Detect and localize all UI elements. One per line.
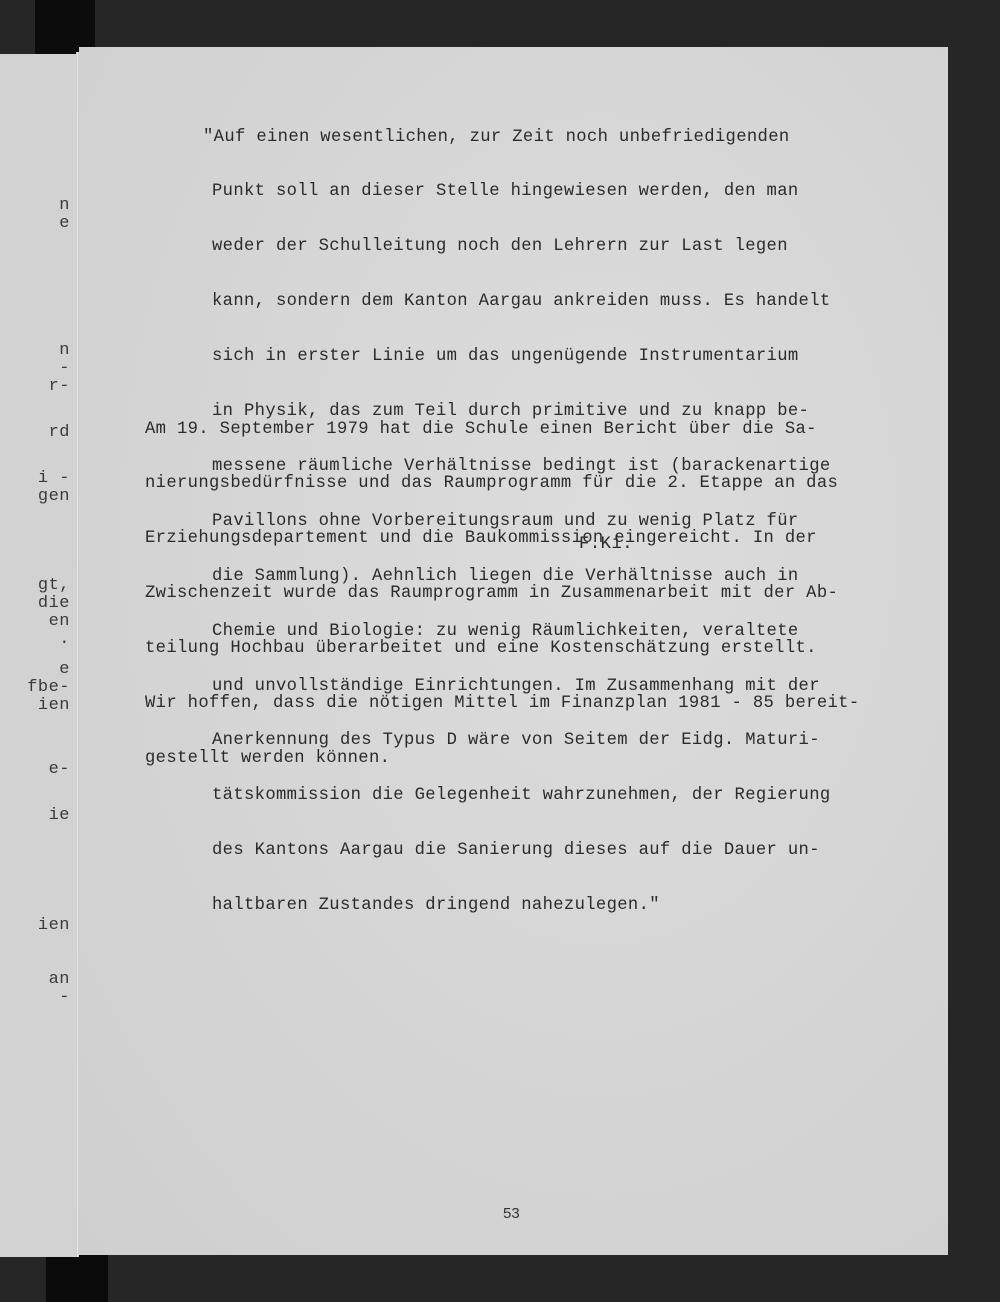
quote-line: des Kantons Aargau die Sanierung dieses … <box>212 842 831 860</box>
quote-line: haltbaren Zustandes dringend nahezulegen… <box>212 897 831 915</box>
previous-page-edge: nen-r-rdi -gengt,dieen.efbe-iene-ieienan… <box>0 54 78 1257</box>
paragraph-line: Zwischenzeit wurde das Raumprogramm in Z… <box>145 585 860 603</box>
previous-page-text-fragment: r- <box>49 378 70 396</box>
previous-page-text-fragment: e- <box>49 761 70 779</box>
document-page: "Auf einen wesentlichen, zur Zeit noch u… <box>79 47 948 1255</box>
paragraph-line: nierungsbedürfnisse und das Raumprogramm… <box>145 475 860 493</box>
paragraph-line: teilung Hochbau überarbeitet und eine Ko… <box>145 640 860 658</box>
previous-page-text-fragment: i - <box>38 470 70 488</box>
previous-page-text-fragment: - <box>59 360 70 378</box>
previous-page-text-fragment: die <box>38 595 70 613</box>
previous-page-text-fragment: ien <box>38 697 70 715</box>
quote-line: kann, sondern dem Kanton Aargau ankreide… <box>212 293 831 311</box>
body-paragraph: Am 19. September 1979 hat die Schule ein… <box>145 384 860 805</box>
previous-page-text-fragment: - <box>59 989 70 1007</box>
previous-page-text-fragment: . <box>59 631 70 649</box>
previous-page-text-fragment: n <box>59 342 70 360</box>
quote-line: sich in erster Linie um das ungenügende … <box>212 348 831 366</box>
quote-line: "Auf einen wesentlichen, zur Zeit noch u… <box>203 129 831 147</box>
previous-page-text-fragment: an <box>49 971 70 989</box>
quote-line: weder der Schulleitung noch den Lehrern … <box>212 238 831 256</box>
previous-page-text-fragment: fbe- <box>27 679 70 697</box>
paragraph-line: Wir hoffen, dass die nötigen Mittel im F… <box>145 695 860 713</box>
quote-line: Punkt soll an dieser Stelle hingewiesen … <box>212 183 831 201</box>
previous-page-text-fragment: e <box>59 215 70 233</box>
previous-page-text-fragment: gen <box>38 488 70 506</box>
previous-page-text-fragment: ie <box>49 807 70 825</box>
author-signature: F.Ki. <box>579 535 633 554</box>
previous-page-text-fragment: gt, <box>38 577 70 595</box>
previous-page-text-fragment: n <box>59 197 70 215</box>
page-number: 53 <box>503 1205 520 1222</box>
previous-page-text-fragment: ien <box>38 917 70 935</box>
scan-gutter-bottom <box>46 1255 108 1302</box>
previous-page-text-fragment: rd <box>49 424 70 442</box>
paragraph-line: gestellt werden können. <box>145 750 860 768</box>
previous-page-text-fragment: en <box>49 613 70 631</box>
paragraph-line: Am 19. September 1979 hat die Schule ein… <box>145 421 860 439</box>
previous-page-text-fragment: e <box>59 661 70 679</box>
paragraph-line: Erziehungsdepartement und die Baukommiss… <box>145 530 860 548</box>
